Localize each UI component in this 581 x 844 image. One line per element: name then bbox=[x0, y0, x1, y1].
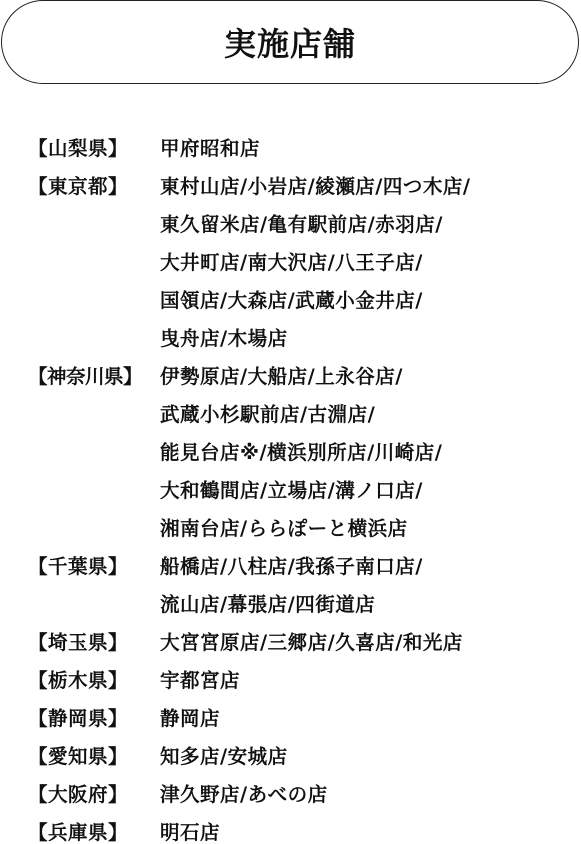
region-stores: 静岡店 bbox=[160, 700, 578, 738]
store-line: 国領店/大森店/武蔵小金井店/ bbox=[160, 282, 578, 320]
region-osaka: 【大阪府】 津久野店/あべの店 bbox=[28, 776, 578, 814]
region-label: 【愛知県】 bbox=[28, 738, 160, 776]
region-stores: 津久野店/あべの店 bbox=[160, 776, 578, 814]
region-shizuoka: 【静岡県】 静岡店 bbox=[28, 700, 578, 738]
region-chiba: 【千葉県】 船橋店/八柱店/我孫子南口店/ 流山店/幕張店/四街道店 bbox=[28, 548, 578, 624]
region-stores: 甲府昭和店 bbox=[160, 130, 578, 168]
store-line: 大和鶴間店/立場店/溝ノ口店/ bbox=[160, 472, 578, 510]
store-line: 宇都宮店 bbox=[160, 662, 578, 700]
store-line: 東村山店/小岩店/綾瀬店/四つ木店/ bbox=[160, 168, 578, 206]
region-stores: 知多店/安城店 bbox=[160, 738, 578, 776]
region-label: 【千葉県】 bbox=[28, 548, 160, 586]
store-line: 甲府昭和店 bbox=[160, 130, 578, 168]
store-line: 東久留米店/亀有駅前店/赤羽店/ bbox=[160, 206, 578, 244]
store-line: 静岡店 bbox=[160, 700, 578, 738]
region-yamanashi: 【山梨県】 甲府昭和店 bbox=[28, 130, 578, 168]
store-line: 湘南台店/ららぽーと横浜店 bbox=[160, 510, 578, 548]
region-kanagawa: 【神奈川県】 伊勢原店/大船店/上永谷店/ 武蔵小杉駅前店/古淵店/ 能見台店※… bbox=[28, 358, 578, 548]
store-line: 伊勢原店/大船店/上永谷店/ bbox=[160, 358, 578, 396]
region-label: 【兵庫県】 bbox=[28, 814, 160, 844]
store-line: 津久野店/あべの店 bbox=[160, 776, 578, 814]
region-label: 【埼玉県】 bbox=[28, 624, 160, 662]
region-label: 【山梨県】 bbox=[28, 130, 160, 168]
title-banner: 実施店舗 bbox=[1, 0, 579, 84]
region-aichi: 【愛知県】 知多店/安城店 bbox=[28, 738, 578, 776]
region-hyogo: 【兵庫県】 明石店 bbox=[28, 814, 578, 844]
region-label: 【神奈川県】 bbox=[28, 358, 160, 396]
region-label: 【大阪府】 bbox=[28, 776, 160, 814]
region-label: 【栃木県】 bbox=[28, 662, 160, 700]
store-line: 武蔵小杉駅前店/古淵店/ bbox=[160, 396, 578, 434]
region-stores: 明石店 bbox=[160, 814, 578, 844]
region-stores: 船橋店/八柱店/我孫子南口店/ 流山店/幕張店/四街道店 bbox=[160, 548, 578, 624]
region-tochigi: 【栃木県】 宇都宮店 bbox=[28, 662, 578, 700]
region-stores: 伊勢原店/大船店/上永谷店/ 武蔵小杉駅前店/古淵店/ 能見台店※/横浜別所店/… bbox=[160, 358, 578, 548]
region-stores: 宇都宮店 bbox=[160, 662, 578, 700]
region-saitama: 【埼玉県】 大宮宮原店/三郷店/久喜店/和光店 bbox=[28, 624, 578, 662]
store-line: 流山店/幕張店/四街道店 bbox=[160, 586, 578, 624]
region-stores: 東村山店/小岩店/綾瀬店/四つ木店/ 東久留米店/亀有駅前店/赤羽店/ 大井町店… bbox=[160, 168, 578, 358]
store-line: 大井町店/南大沢店/八王子店/ bbox=[160, 244, 578, 282]
store-line: 知多店/安城店 bbox=[160, 738, 578, 776]
store-line: 大宮宮原店/三郷店/久喜店/和光店 bbox=[160, 624, 578, 662]
page-title: 実施店舗 bbox=[224, 19, 356, 65]
store-list: 【山梨県】 甲府昭和店 【東京都】 東村山店/小岩店/綾瀬店/四つ木店/ 東久留… bbox=[28, 130, 578, 844]
region-tokyo: 【東京都】 東村山店/小岩店/綾瀬店/四つ木店/ 東久留米店/亀有駅前店/赤羽店… bbox=[28, 168, 578, 358]
store-line: 曳舟店/木場店 bbox=[160, 320, 578, 358]
store-line: 明石店 bbox=[160, 814, 578, 844]
store-line: 能見台店※/横浜別所店/川崎店/ bbox=[160, 434, 578, 472]
region-label: 【静岡県】 bbox=[28, 700, 160, 738]
store-line: 船橋店/八柱店/我孫子南口店/ bbox=[160, 548, 578, 586]
region-label: 【東京都】 bbox=[28, 168, 160, 206]
region-stores: 大宮宮原店/三郷店/久喜店/和光店 bbox=[160, 624, 578, 662]
